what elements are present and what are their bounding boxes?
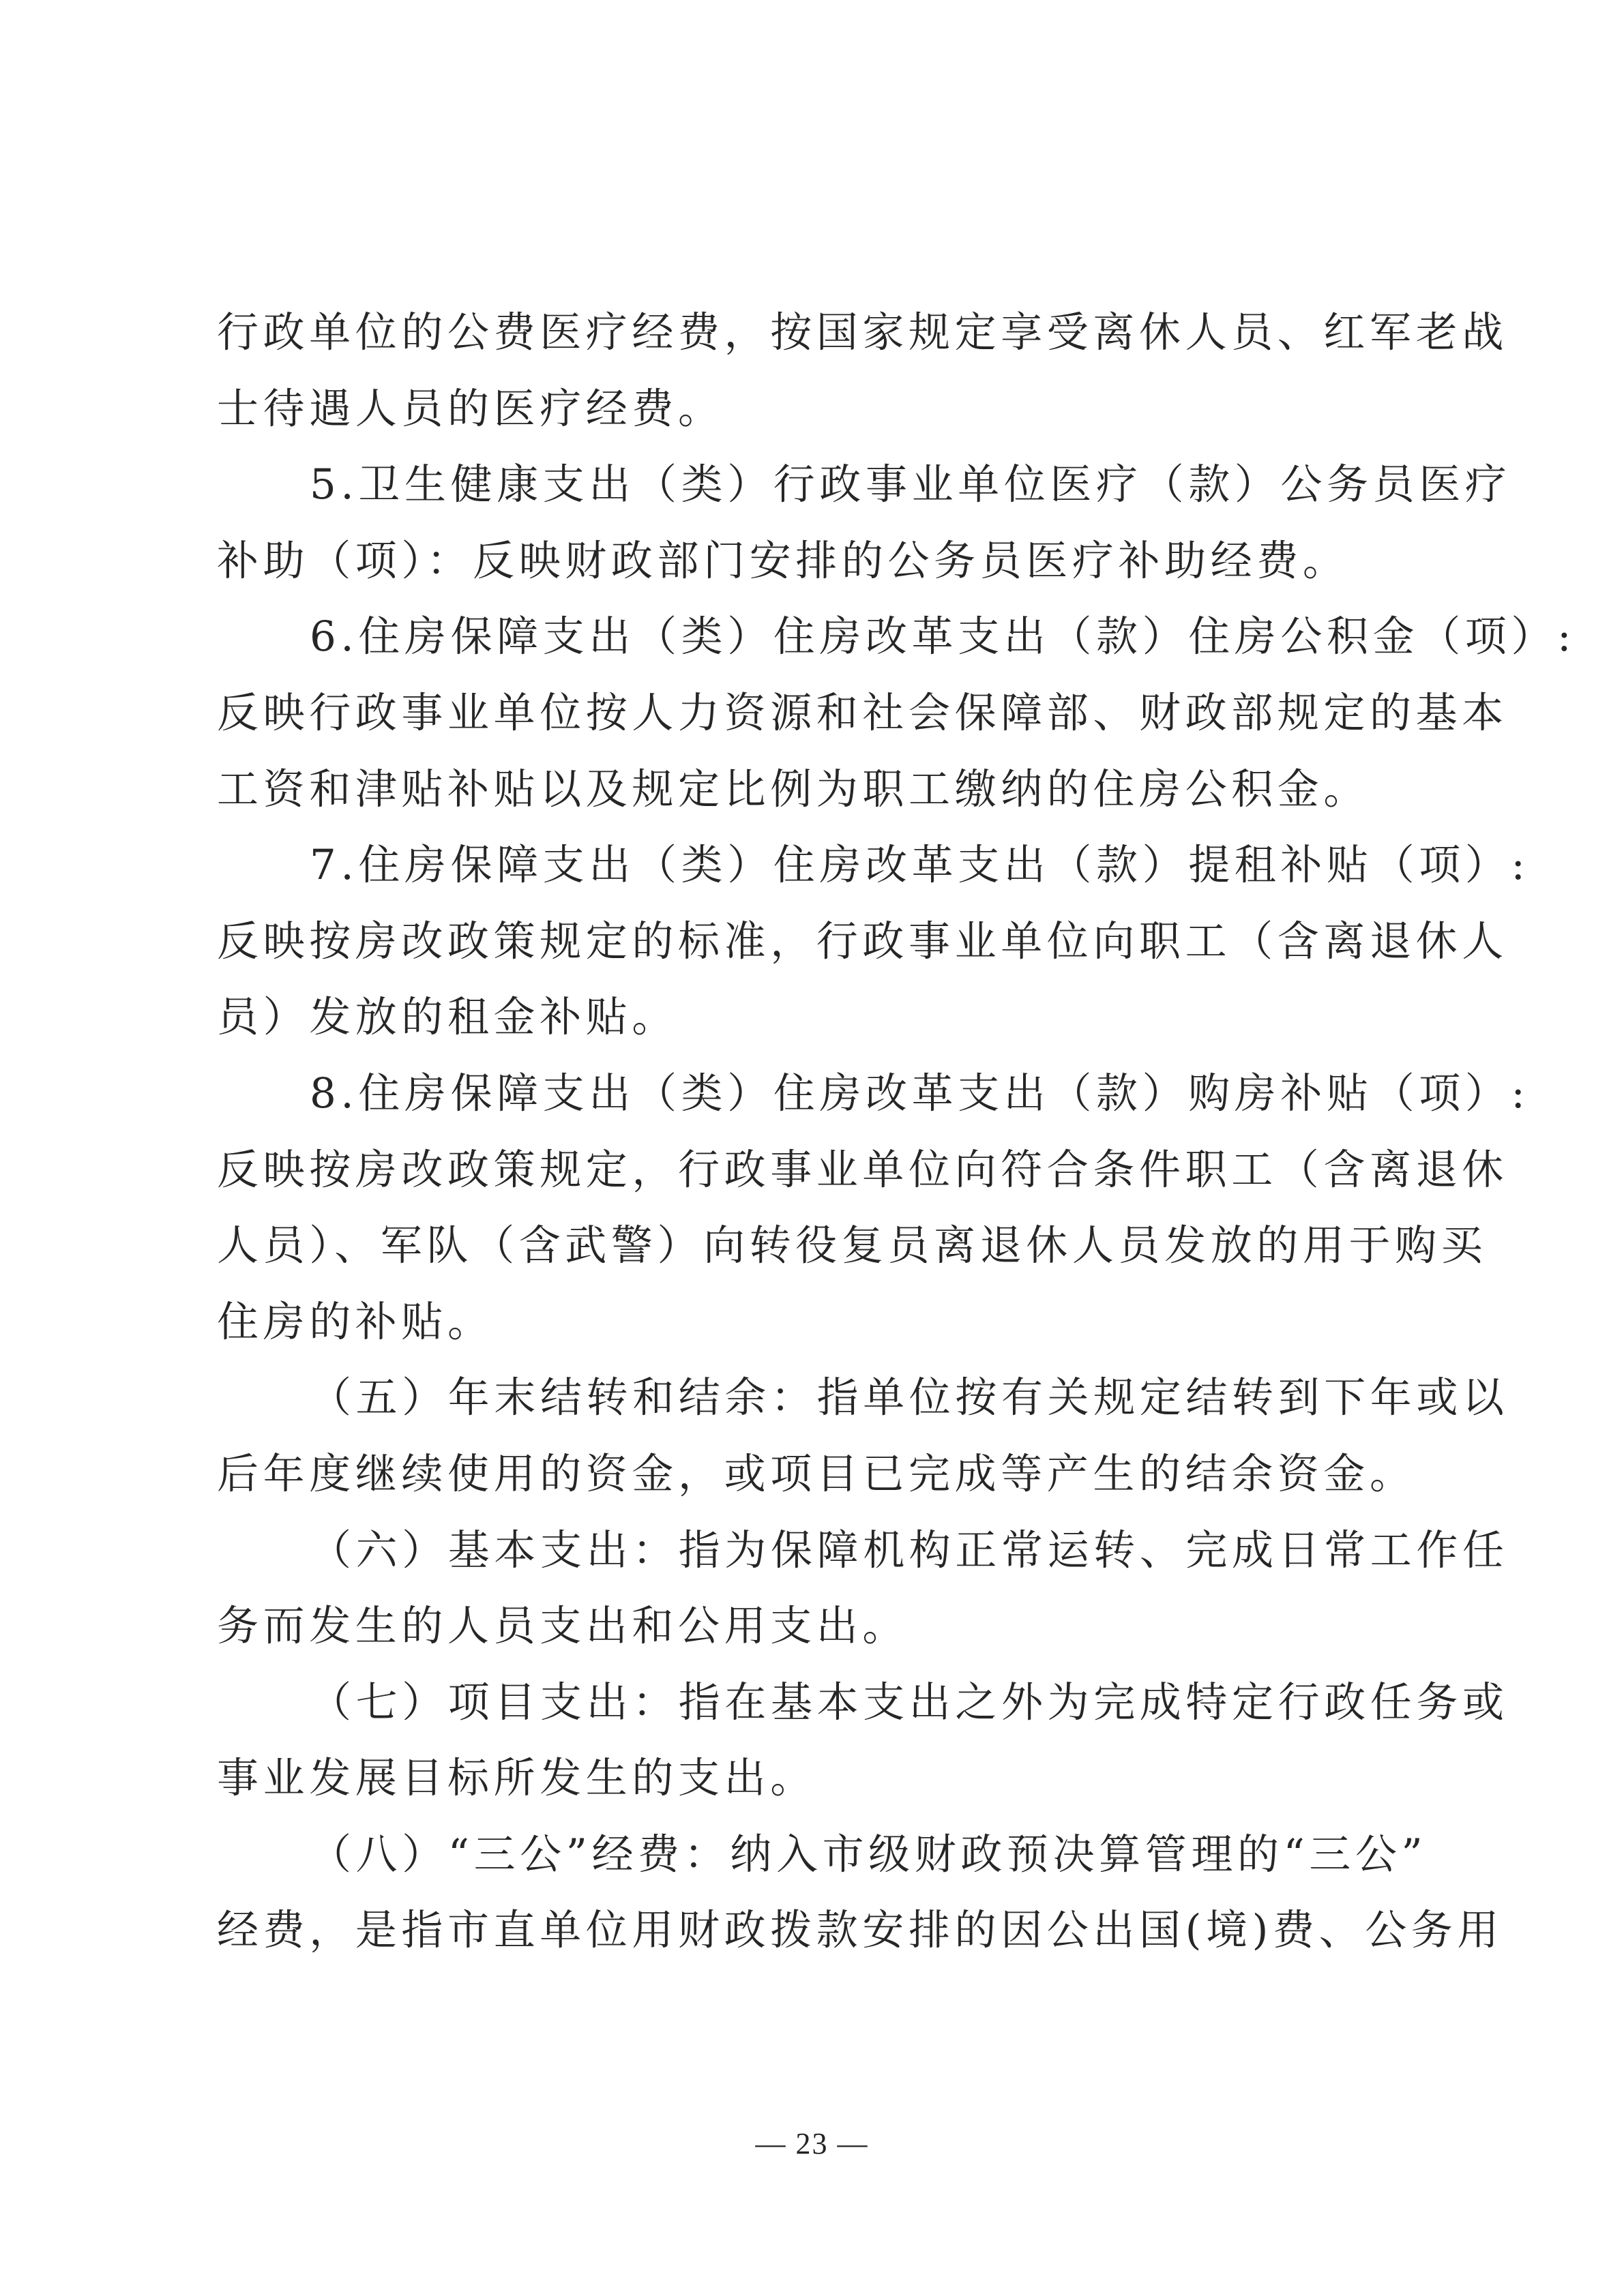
paragraph-line: 6.住房保障支出（类）住房改革支出（款）住房公积金（项）: (217, 599, 1420, 675)
paragraph-line: （六）基本支出：指为保障机构正常运转、完成日常工作任 (217, 1512, 1420, 1589)
paragraph-line: 务而发生的人员支出和公用支出。 (217, 1588, 1420, 1665)
paragraph-line: 行政单位的公费医疗经费，按国家规定享受离休人员、红军老战 (217, 295, 1420, 371)
paragraph-line: 人员）、军队（含武警）向转役复员离退休人员发放的用于购买 (217, 1208, 1420, 1284)
paragraph-line: 士待遇人员的医疗经费。 (217, 371, 1420, 447)
paragraph-line: 反映行政事业单位按人力资源和社会保障部、财政部规定的基本 (217, 675, 1420, 751)
paragraph-line: 5.卫生健康支出（类）行政事业单位医疗（款）公务员医疗 (217, 447, 1420, 523)
paragraph-line: 8.住房保障支出（类）住房改革支出（款）购房补贴（项）: (217, 1056, 1420, 1132)
paragraph-line: 补助（项）：反映财政部门安排的公务员医疗补助经费。 (217, 523, 1420, 599)
paragraph-line: （八）“三公”经费：纳入市级财政预决算管理的“三公” (217, 1817, 1420, 1893)
paragraph-line: 事业发展目标所发生的支出。 (217, 1740, 1420, 1817)
paragraph-line: 员）发放的租金补贴。 (217, 979, 1420, 1056)
paragraph-line: 工资和津贴补贴以及规定比例为职工缴纳的住房公积金。 (217, 751, 1420, 828)
paragraph-line: 反映按房改政策规定，行政事业单位向符合条件职工（含离退休 (217, 1132, 1420, 1208)
paragraph-line: （五）年末结转和结余：指单位按有关规定结转到下年或以 (217, 1360, 1420, 1436)
page-number: — 23 — (0, 2126, 1624, 2161)
paragraph-line: 7.住房保障支出（类）住房改革支出（款）提租补贴（项）: (217, 827, 1420, 904)
body-text: 行政单位的公费医疗经费，按国家规定享受离休人员、红军老战 士待遇人员的医疗经费。… (217, 295, 1420, 1969)
paragraph-line: 反映按房改政策规定的标准，行政事业单位向职工（含离退休人 (217, 904, 1420, 980)
paragraph-line: 后年度继续使用的资金，或项目已完成等产生的结余资金。 (217, 1436, 1420, 1512)
paragraph-line: 经费，是指市直单位用财政拨款安排的因公出国(境)费、公务用 (217, 1892, 1420, 1969)
paragraph-line: 住房的补贴。 (217, 1284, 1420, 1360)
document-page: 行政单位的公费医疗经费，按国家规定享受离休人员、红军老战 士待遇人员的医疗经费。… (0, 0, 1624, 2296)
paragraph-line: （七）项目支出：指在基本支出之外为完成特定行政任务或 (217, 1665, 1420, 1741)
